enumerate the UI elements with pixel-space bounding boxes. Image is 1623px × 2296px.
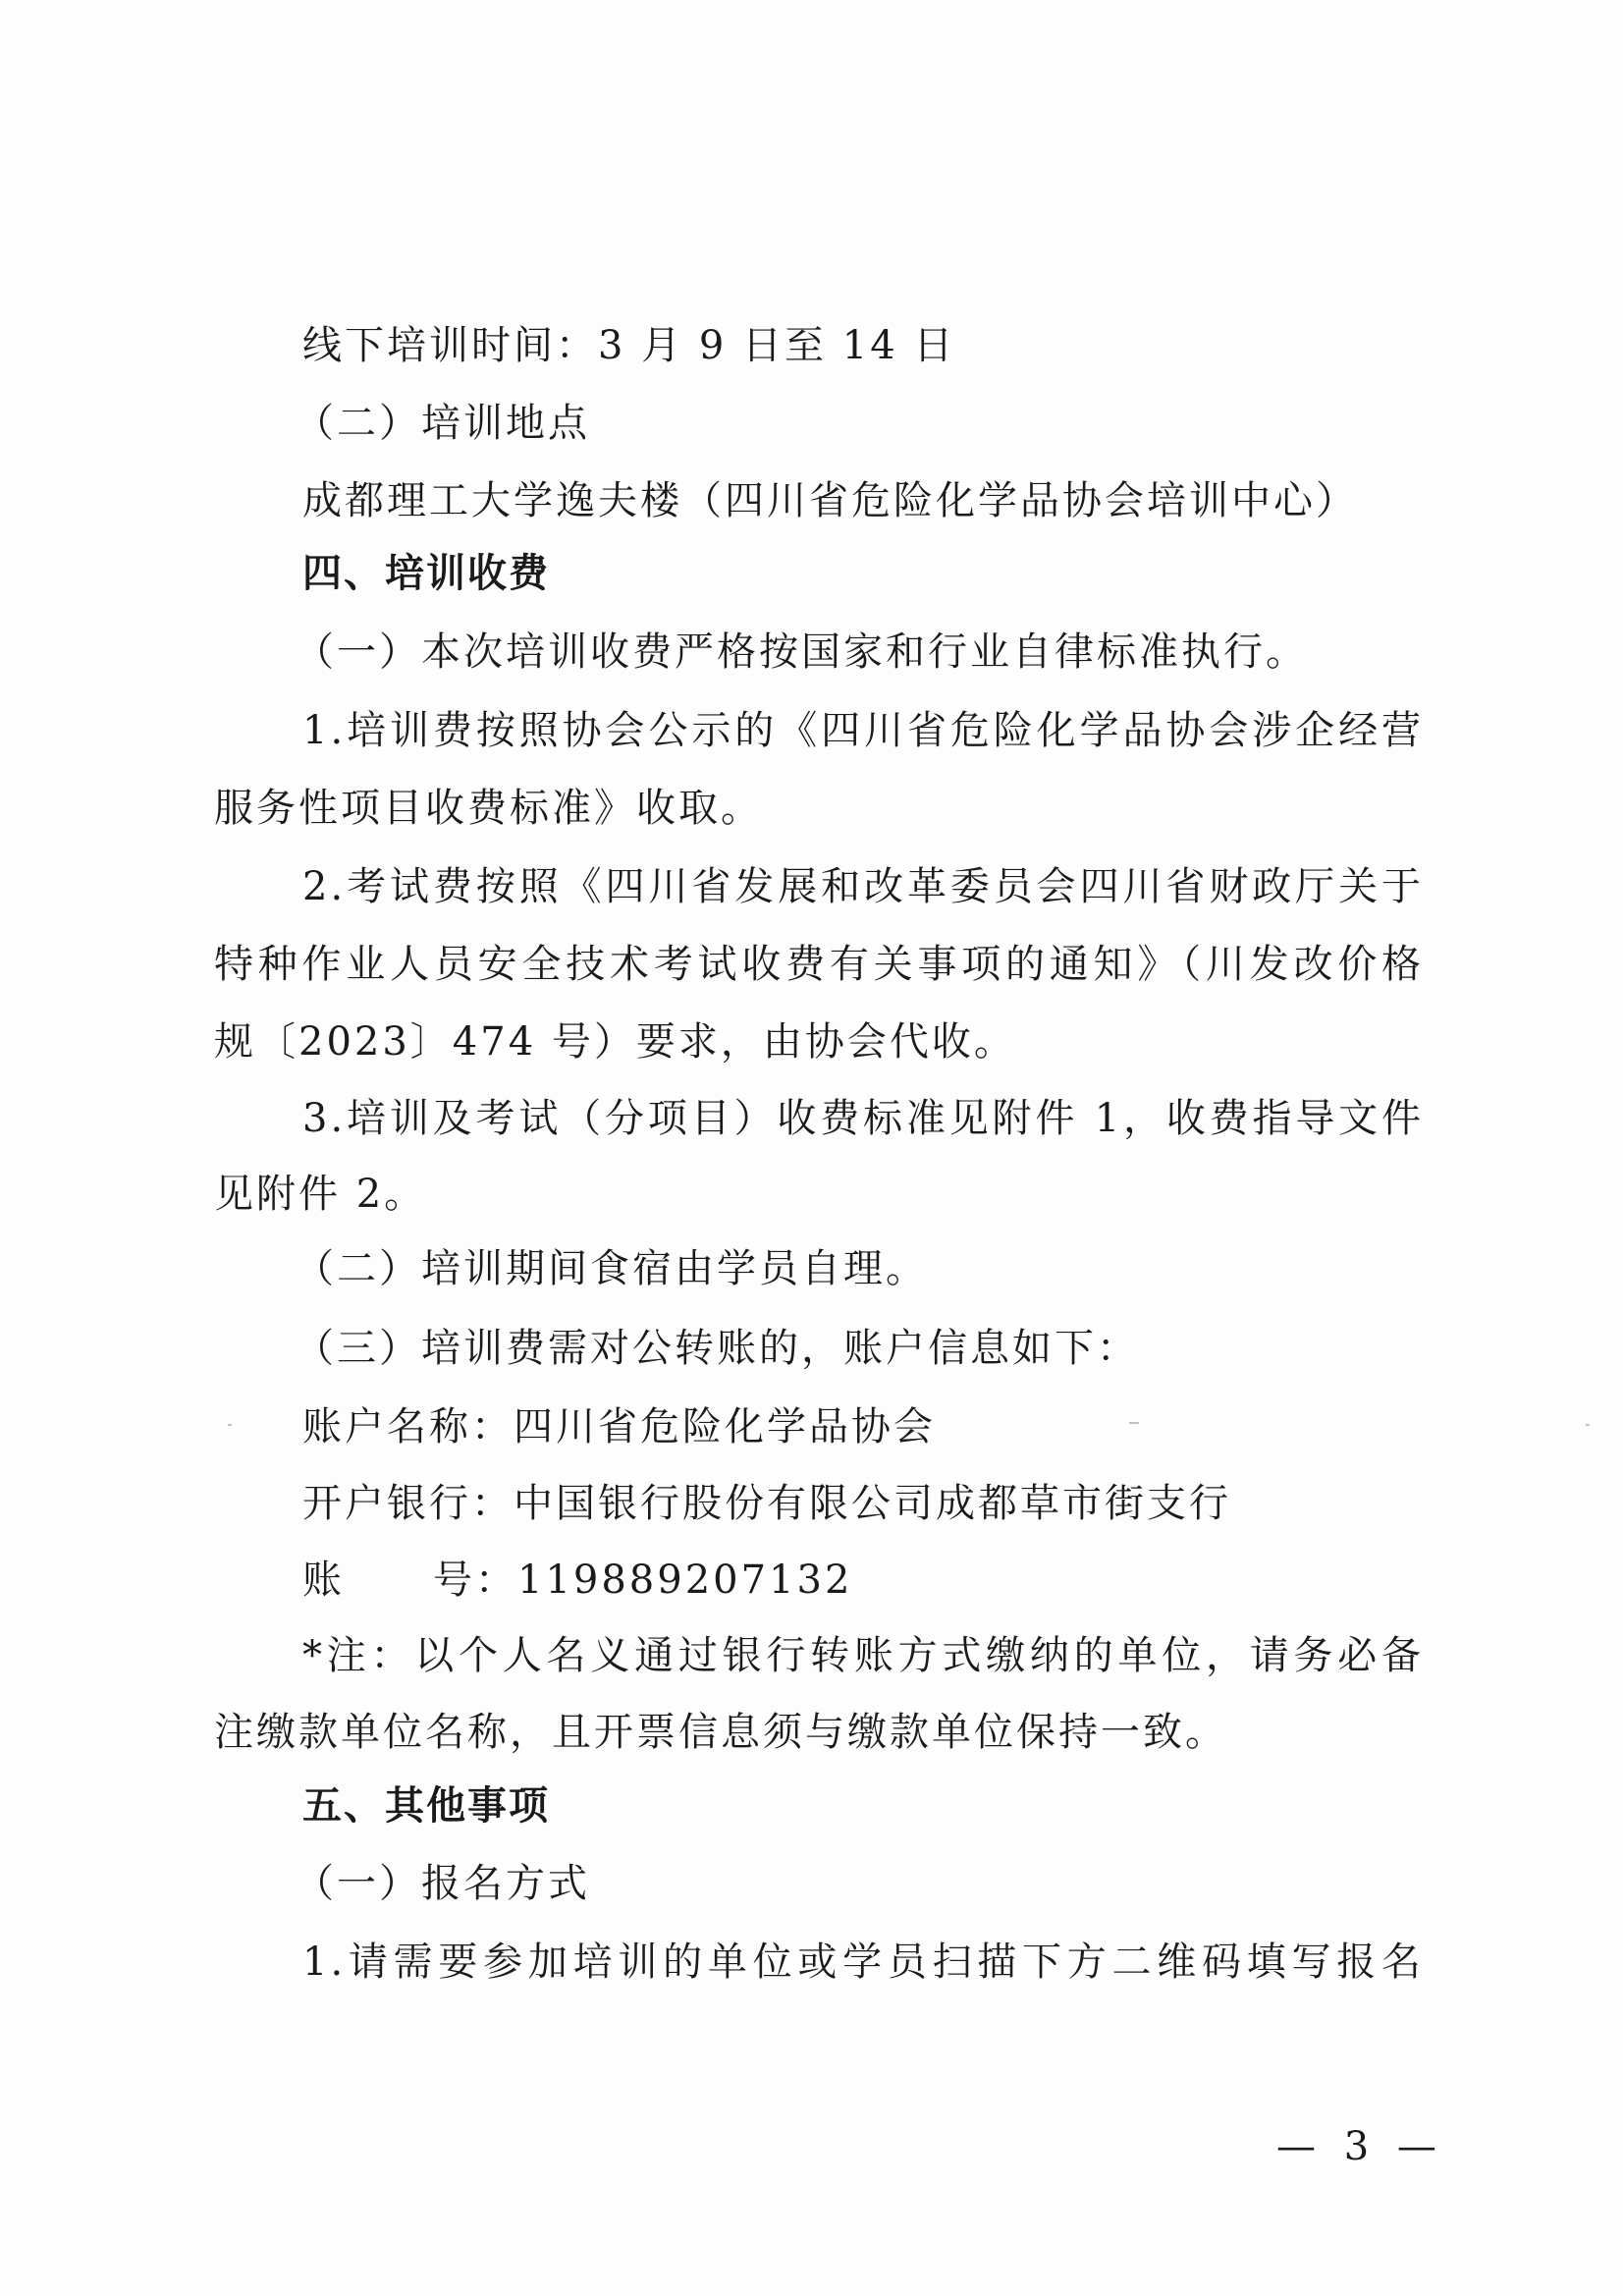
training-location-text: 成都理工大学逸夫楼（四川省危险化学品协会培训中心）: [302, 475, 1520, 526]
note-line-1: *注：以个人名义通过银行转账方式缴纳的单位，请务必备: [302, 1630, 1424, 1681]
section-5-heading: 五、其他事项: [302, 1780, 1520, 1831]
account-name-row: 账户名称：四川省危险化学品协会: [302, 1401, 1520, 1452]
fee-item-3-line-2: 见附件 2。: [214, 1169, 1432, 1220]
fee-item-2-line-3: 规〔2023〕474 号）要求，由协会代收。: [214, 1016, 1432, 1067]
bank-name-row: 开户银行：中国银行股份有限公司成都草市街支行: [302, 1478, 1520, 1529]
fee-standard-subheading: （一）本次培训收费严格按国家和行业自律标准执行。: [295, 627, 1512, 678]
scan-speck: [1586, 1424, 1590, 1426]
registration-method-subheading: （一）报名方式: [295, 1858, 1512, 1909]
account-name-value: 四川省危险化学品协会: [514, 1404, 936, 1449]
fee-item-2-line-2: 特种作业人员安全技术考试收费有关事项的通知》（川发改价格: [214, 939, 1424, 990]
account-number-value: 119889207132: [517, 1558, 852, 1603]
page-number: — 3 —: [1276, 2121, 1444, 2172]
bank-name-value: 中国银行股份有限公司成都草市街支行: [514, 1481, 1231, 1526]
offline-training-time: 线下培训时间：3 月 9 日至 14 日: [302, 320, 1520, 371]
fee-item-1-line-1: 1.培训费按照协会公示的《四川省危险化学品协会涉企经营: [302, 705, 1424, 756]
account-name-label: 账户名称：: [302, 1401, 514, 1452]
account-number-colon: ：: [475, 1558, 517, 1603]
account-number-row: 账号：119889207132: [302, 1555, 1520, 1606]
note-line-2: 注缴款单位名称，且开票信息须与缴款单位保持一致。: [214, 1707, 1432, 1758]
bank-name-label: 开户银行：: [302, 1478, 514, 1529]
fee-item-3-line-1: 3.培训及考试（分项目）收费标准见附件 1，收费指导文件: [302, 1093, 1424, 1144]
bank-transfer-subheading: （三）培训费需对公转账的，账户信息如下：: [295, 1323, 1512, 1374]
fee-item-2-line-1: 2.考试费按照《四川省发展和改革委员会四川省财政厅关于: [302, 861, 1424, 912]
account-number-label: 账号: [302, 1555, 475, 1606]
fee-item-1-line-2: 服务性项目收费标准》收取。: [214, 783, 1432, 834]
section-4-heading: 四、培训收费: [302, 548, 1520, 599]
training-location-subheading: （二）培训地点: [295, 398, 1512, 449]
scan-speck: [228, 1424, 232, 1426]
scan-speck: [1129, 1422, 1139, 1424]
document-page: 线下培训时间：3 月 9 日至 14 日 （二）培训地点 成都理工大学逸夫楼（四…: [0, 0, 1623, 2296]
meals-lodging-subheading: （二）培训期间食宿由学员自理。: [295, 1243, 1512, 1294]
registration-item-1: 1.请需要参加培训的单位或学员扫描下方二维码填写报名: [302, 1937, 1424, 1988]
